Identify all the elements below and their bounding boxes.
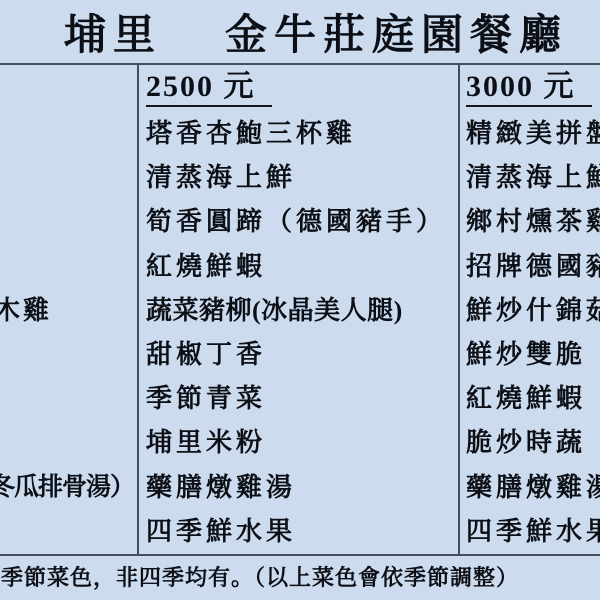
menu-item: 蔬菜豬柳(冰晶美人腿): [146, 289, 458, 333]
menu-item: 鮮炒什錦菇: [466, 289, 600, 333]
price-row-empty: [0, 65, 137, 112]
menu-item: 紅燒鮮蝦: [466, 377, 600, 421]
menu-item: 鮮炒雙脆: [466, 333, 600, 377]
menu-item: [0, 377, 137, 421]
menu-item: 四季鮮水果: [146, 510, 458, 554]
menu-item: [0, 156, 137, 200]
menu-item: 精緻美拼盤: [466, 112, 600, 156]
price-row-3000: 3000 元: [466, 65, 600, 112]
menu-item: 季節青菜: [146, 377, 458, 421]
menu-item: 清蒸海上鮮: [146, 156, 458, 200]
menu-item: 甜椒丁香: [146, 333, 458, 377]
menu-item: 筍香圓蹄（德國豬手）: [146, 200, 458, 244]
menu-item: 四季鮮水果: [466, 510, 600, 554]
menu-column-3000: 3000 元 精緻美拼盤 清蒸海上鮮 鄉村燻茶雞 招牌德國豬 鮮炒什錦菇 鮮炒雙…: [466, 65, 600, 554]
menu-item: [0, 421, 137, 465]
menu-item: [0, 200, 137, 244]
menu-column-left-partial: 木雞 冬瓜排骨湯）: [0, 65, 137, 554]
column-divider-left: [137, 63, 139, 556]
menu-item: 藥膳燉雞湯: [466, 466, 600, 510]
menu-item-clipped: 木雞: [0, 289, 137, 333]
menu-item: 塔香杏鮑三杯雞: [146, 112, 458, 156]
menu-item-clipped: 冬瓜排骨湯）: [0, 466, 137, 510]
menu-item: 藥膳燉雞湯: [146, 466, 458, 510]
menu-column-2500: 2500 元 塔香杏鮑三杯雞 清蒸海上鮮 筍香圓蹄（德國豬手） 紅燒鮮蝦 蔬菜豬…: [146, 65, 458, 554]
menu-item: 紅燒鮮蝦: [146, 245, 458, 289]
price-row-2500: 2500 元: [146, 65, 458, 112]
title-restaurant-name: 金牛莊庭園餐廳: [225, 13, 568, 59]
price-header-3000: 3000 元: [466, 70, 592, 107]
menu-item: [0, 333, 137, 377]
menu-item: 脆炒時蔬: [466, 421, 600, 465]
page-title: 埔里金牛莊庭園餐廳: [64, 2, 568, 62]
seasonal-footnote: 季節菜色，非四季均有。（以上菜色會依季節調整）: [1, 561, 519, 592]
title-location: 埔里: [64, 13, 162, 59]
menu-item: [0, 245, 137, 289]
menu-item: 清蒸海上鮮: [466, 156, 600, 200]
price-header-2500: 2500 元: [146, 70, 272, 107]
menu-item: 埔里米粉: [146, 421, 458, 465]
menu-item: [0, 510, 137, 554]
menu-item: 鄉村燻茶雞: [466, 200, 600, 244]
menu-item: [0, 112, 137, 156]
menu-item-clipped: 招牌德國豬: [466, 245, 600, 289]
column-divider-right: [458, 63, 460, 556]
